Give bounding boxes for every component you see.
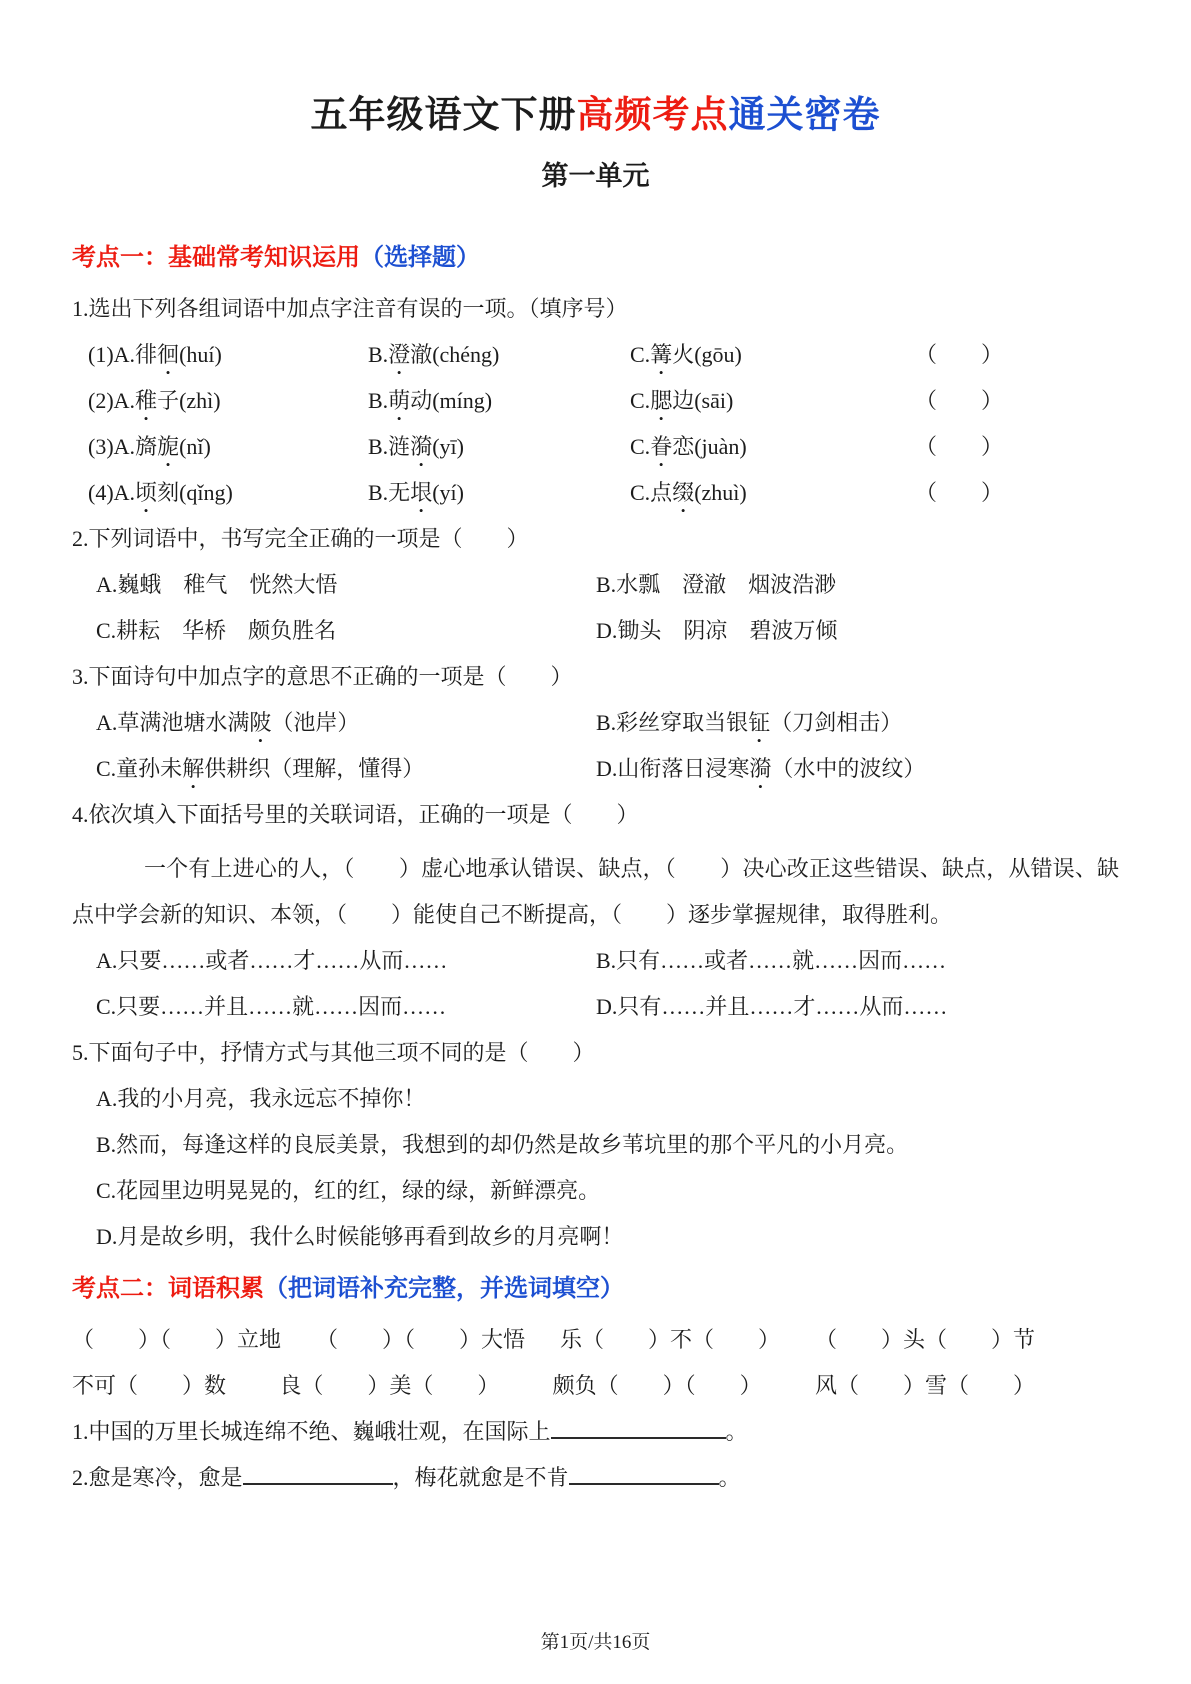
text-segment: C.: [630, 388, 650, 413]
q4-passage: 一个有上进心的人，（ ）虚心地承认错误、缺点，（ ）决心改正这些错误、缺点，从错…: [72, 846, 1119, 938]
word-bank-item: 不可（ ）数: [72, 1371, 226, 1401]
title-part-red: 高频考点: [577, 94, 729, 135]
text-segment: B.涟: [368, 434, 410, 459]
text-segment: 2.愈是寒冷，愈是: [72, 1465, 243, 1490]
exam-page: 五年级语文下册高频考点通关密卷 第一单元 考点一：基础常考知识运用（选择题） 1…: [0, 0, 1191, 1684]
q2-option-b: B.水瓢 澄澈 烟波浩渺: [596, 570, 1119, 600]
text-segment: C.: [630, 342, 650, 367]
q1-item-4c: C.点缀(zhuì): [630, 478, 915, 508]
text-segment: 子(zhì): [157, 388, 221, 413]
text-segment: 边(sāi): [672, 388, 733, 413]
text-segment: (yí): [432, 480, 464, 505]
text-segment: 恋(juàn): [672, 434, 747, 459]
text-segment: 动(míng): [410, 388, 492, 413]
q1-row-4: (4)A.顷刻(qǐng) B.无垠(yí) C.点缀(zhuì) （ ）: [72, 478, 1119, 508]
q3-options-row-2: C.童孙未解供耕织（理解，懂得） D.山衔落日浸寒漪（水中的波纹）: [72, 754, 1119, 784]
q4-option-d: D.只有……并且……才……从而……: [596, 992, 1119, 1022]
text-segment: (yī): [432, 434, 464, 459]
q3-stem: 3.下面诗句中加点字的意思不正确的一项是（ ）: [72, 662, 1119, 692]
q4-options-row-1: A.只要……或者……才……从而…… B.只有……或者……就……因而……: [72, 946, 1119, 976]
q4-option-b: B.只有……或者……就……因而……: [596, 946, 1119, 976]
word-bank-item: （ ）（ ）大悟: [316, 1325, 525, 1355]
text-segment: B.无: [368, 480, 410, 505]
text-segment: C.点: [630, 480, 672, 505]
text-segment: (1)A.徘: [88, 342, 157, 367]
text-segment: (nǐ): [179, 434, 211, 459]
q3-option-d: D.山衔落日浸寒漪（水中的波纹）: [596, 754, 1119, 784]
text-segment: B.: [368, 342, 388, 367]
q3-option-a: A.草满池塘水满陂（池岸）: [96, 708, 596, 738]
dotted-char: 解: [182, 754, 204, 784]
q5-stem: 5.下面句子中，抒情方式与其他三项不同的是（ ）: [72, 1038, 1119, 1068]
answer-blank: [551, 1435, 726, 1439]
q3-option-b: B.彩丝穿取当银钲（刀剑相击）: [596, 708, 1119, 738]
title-part-blue: 通关密卷: [729, 94, 881, 135]
q4-option-a: A.只要……或者……才……从而……: [96, 946, 596, 976]
q1-stem: 1.选出下列各组词语中加点字注音有误的一项。（填序号）: [72, 294, 1119, 324]
text-segment: C.: [630, 434, 650, 459]
q5-option-d: D.月是故乡明，我什么时候能够再看到故乡的月亮啊！: [72, 1222, 1119, 1252]
q1-item-3b: B.涟漪(yī): [368, 432, 630, 462]
q5-option-b: B.然而，每逢这样的良辰美景，我想到的却仍然是故乡苇坑里的那个平凡的小月亮。: [72, 1130, 1119, 1160]
word-bank-item: （ ）头（ ）节: [815, 1325, 1035, 1355]
q1-row-3: (3)A.旖旎(nǐ) B.涟漪(yī) C.眷恋(juàn) （ ）: [72, 432, 1119, 462]
text-segment: (zhuì): [694, 480, 747, 505]
q2-options-row-1: A.巍蛾 稚气 恍然大悟 B.水瓢 澄澈 烟波浩渺: [72, 570, 1119, 600]
q1-item-2b: B.萌动(míng): [368, 386, 630, 416]
text-segment: (huí): [179, 342, 222, 367]
word-bank-item: （ ）（ ）立地: [72, 1325, 281, 1355]
q2-options-row-2: C.耕耘 华桥 颇负胜名 D.锄头 阴凉 碧波万倾: [72, 616, 1119, 646]
page-number: 第1页/共16页: [0, 1627, 1191, 1654]
section2-heading-note: （把词语补充完整，并选词填空）: [264, 1275, 624, 1302]
q1-item-1c: C.篝火(gōu): [630, 340, 915, 370]
text-segment: (2)A.: [88, 388, 135, 413]
q1-item-2c: C.腮边(sāi): [630, 386, 915, 416]
text-segment: （水中的波纹）: [771, 756, 925, 781]
page-title: 五年级语文下册高频考点通关密卷: [72, 84, 1119, 138]
text-segment: B.彩丝穿取当银: [596, 710, 748, 735]
q1-item-2a: (2)A.稚子(zhì): [88, 386, 368, 416]
word-bank-row-1: （ ）（ ）立地 （ ）（ ）大悟 乐（ ）不（ ） （ ）头（ ）节: [72, 1325, 1119, 1355]
text-segment: 澈(chéng): [410, 342, 499, 367]
answer-paren: （ ）: [915, 478, 1003, 508]
q5-option-a: A.我的小月亮，我永远忘不掉你！: [72, 1084, 1119, 1114]
text-segment: （池岸）: [271, 710, 359, 735]
dotted-char: 陂: [249, 708, 271, 738]
text-segment: 。: [726, 1419, 748, 1444]
dotted-char: 漪: [410, 432, 432, 462]
dotted-char: 钲: [748, 708, 770, 738]
answer-blank: [243, 1481, 393, 1485]
dotted-char: 篝: [650, 340, 672, 370]
dotted-char: 眷: [650, 432, 672, 462]
word-bank-item: 乐（ ）不（ ）: [560, 1325, 780, 1355]
unit-title: 第一单元: [72, 154, 1119, 193]
q3-option-c: C.童孙未解供耕织（理解，懂得）: [96, 754, 596, 784]
q2-stem: 2.下列词语中，书写完全正确的一项是（ ）: [72, 524, 1119, 554]
q3-options-row-1: A.草满池塘水满陂（池岸） B.彩丝穿取当银钲（刀剑相击）: [72, 708, 1119, 738]
section2-heading: 考点二：词语积累（把词语补充完整，并选词填空）: [72, 1268, 1119, 1303]
dotted-char: 萌: [388, 386, 410, 416]
dotted-char: 徊: [157, 340, 179, 370]
section2-heading-main: 考点二：词语积累: [72, 1275, 264, 1302]
answer-paren: （ ）: [915, 432, 1003, 462]
answer-blank: [569, 1481, 719, 1485]
dotted-char: 缀: [672, 478, 694, 508]
answer-paren: （ ）: [915, 386, 1003, 416]
dotted-char: 垠: [410, 478, 432, 508]
text-segment: （刀剑相击）: [770, 710, 902, 735]
word-bank-item: 颇负（ ）（ ）: [553, 1371, 762, 1401]
q2-option-d: D.锄头 阴凉 碧波万倾: [596, 616, 1119, 646]
dotted-char: 澄: [388, 340, 410, 370]
text-segment: B.: [368, 388, 388, 413]
word-bank-item: 风（ ）雪（ ）: [815, 1371, 1035, 1401]
text-segment: A.草满池塘水满: [96, 710, 249, 735]
text-segment: D.山衔落日浸寒: [596, 756, 749, 781]
answer-paren: （ ）: [915, 340, 1003, 370]
word-bank-row-2: 不可（ ）数 良（ ）美（ ） 颇负（ ）（ ） 风（ ）雪（ ）: [72, 1371, 1119, 1401]
dotted-char: 腮: [650, 386, 672, 416]
q4-stem: 4.依次填入下面括号里的关联词语，正确的一项是（ ）: [72, 800, 1119, 830]
q1-item-3a: (3)A.旖旎(nǐ): [88, 432, 368, 462]
q1-row-2: (2)A.稚子(zhì) B.萌动(míng) C.腮边(sāi) （ ）: [72, 386, 1119, 416]
dotted-char: 顷: [135, 478, 157, 508]
dotted-char: 漪: [749, 754, 771, 784]
fill-sentence-2: 2.愈是寒冷，愈是，梅花就愈是不肯。: [72, 1463, 1119, 1493]
text-segment: ，梅花就愈是不肯: [393, 1465, 569, 1490]
q2-option-c: C.耕耘 华桥 颇负胜名: [96, 616, 596, 646]
page-content: 五年级语文下册高频考点通关密卷 第一单元 考点一：基础常考知识运用（选择题） 1…: [0, 0, 1191, 1493]
text-segment: (3)A.旖: [88, 434, 157, 459]
section1-heading-main: 考点一：基础常考知识运用: [72, 244, 360, 271]
text-segment: 刻(qǐng): [157, 480, 233, 505]
dotted-char: 旎: [157, 432, 179, 462]
q1-item-3c: C.眷恋(juàn): [630, 432, 915, 462]
dotted-char: 稚: [135, 386, 157, 416]
text-segment: 火(gōu): [672, 342, 742, 367]
word-bank-item: 良（ ）美（ ）: [279, 1371, 499, 1401]
text-segment: 。: [719, 1465, 741, 1490]
q4-options-row-2: C.只要……并且……就……因而…… D.只有……并且……才……从而……: [72, 992, 1119, 1022]
title-part-black: 五年级语文下册: [311, 94, 577, 135]
text-segment: 供耕织（理解，懂得）: [204, 756, 424, 781]
fill-sentence-1: 1.中国的万里长城连绵不绝、巍峨壮观，在国际上。: [72, 1417, 1119, 1447]
text-segment: C.童孙未: [96, 756, 182, 781]
text-segment: 1.中国的万里长城连绵不绝、巍峨壮观，在国际上: [72, 1419, 551, 1444]
q1-item-1b: B.澄澈(chéng): [368, 340, 630, 370]
q1-item-1a: (1)A.徘徊(huí): [88, 340, 368, 370]
q4-option-c: C.只要……并且……就……因而……: [96, 992, 596, 1022]
q1-item-4b: B.无垠(yí): [368, 478, 630, 508]
text-segment: (4)A.: [88, 480, 135, 505]
q5-option-c: C.花园里边明晃晃的，红的红，绿的绿，新鲜漂亮。: [72, 1176, 1119, 1206]
q2-option-a: A.巍蛾 稚气 恍然大悟: [96, 570, 596, 600]
section1-heading: 考点一：基础常考知识运用（选择题）: [72, 237, 1119, 272]
q1-item-4a: (4)A.顷刻(qǐng): [88, 478, 368, 508]
q1-row-1: (1)A.徘徊(huí) B.澄澈(chéng) C.篝火(gōu) （ ）: [72, 340, 1119, 370]
section1-heading-note: （选择题）: [360, 244, 480, 271]
